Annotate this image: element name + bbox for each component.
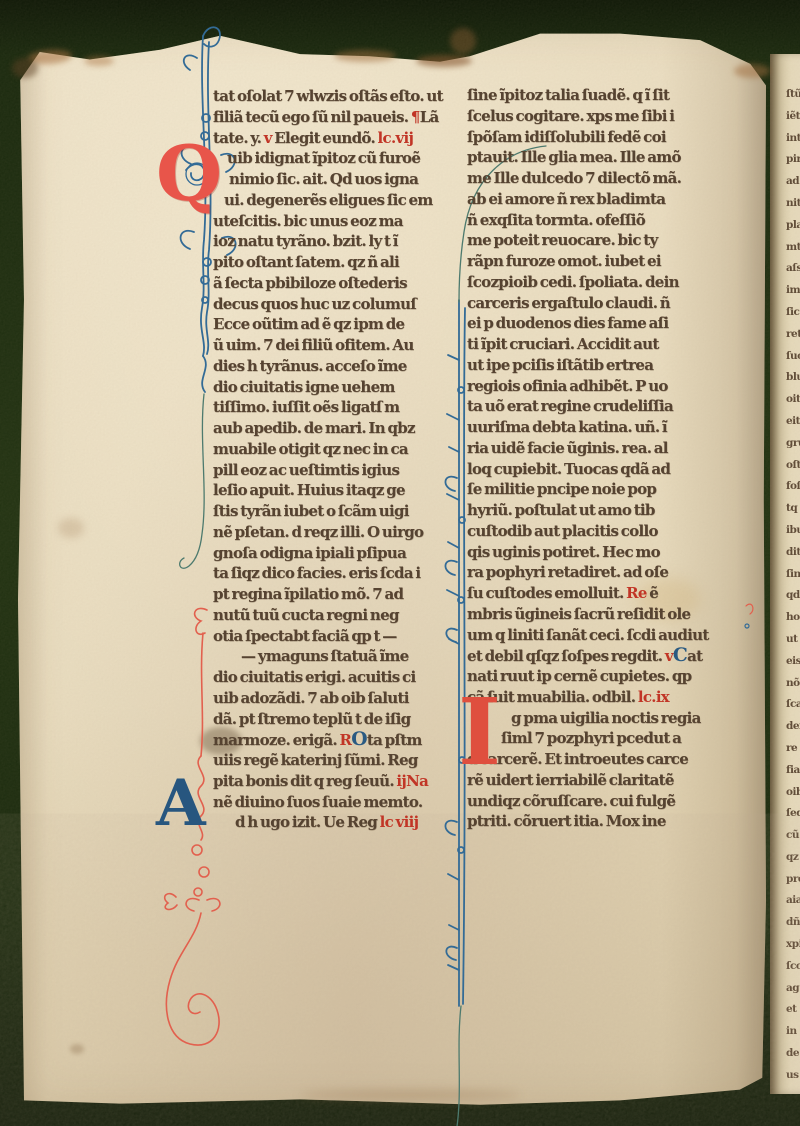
- text-segment: lc.vij: [378, 129, 414, 147]
- fore-edge-fragment: ſtũ: [786, 84, 800, 106]
- fore-edge-fragment: in: [786, 1021, 800, 1043]
- text-segment: tat oſolat 7 wlwzis oſtãs eſto. ut: [213, 87, 443, 105]
- text-segment: ta ſiqz dico facies. eris ſcda i: [213, 564, 420, 582]
- text-line: pito oſtant ſatem. qz ñ ali: [213, 252, 450, 273]
- text-segment: Ecce oũtim ad ẽ qz ipm de: [213, 315, 404, 333]
- fore-edge-fragment: ſco: [786, 956, 800, 978]
- text-segment: ra pophyri retadiret. ad oſe: [467, 563, 668, 581]
- fore-edge-fragment: oib: [786, 782, 800, 804]
- text-line: ab ei amore ñ rex bladimta: [467, 189, 723, 210]
- text-line: decus quos huc uz columuſ: [213, 294, 450, 315]
- fore-edge-fragment: aſs: [786, 258, 800, 280]
- text-line: ut ipe pciſis iſtãtib ertrea: [467, 355, 723, 376]
- fore-edge-fragment: foſ: [786, 476, 800, 498]
- text-segment: marmoze. erigã.: [213, 731, 339, 749]
- fore-edge-fragment: eit: [786, 411, 800, 433]
- text-line: ioz natu tyrãno. bzit. ly t ĩ: [213, 231, 450, 252]
- text-segment: lc viij: [380, 813, 419, 831]
- text-line: nẽ diuino ſuos ſuaie memto.: [213, 792, 450, 813]
- text-segment: dio ciuitatis erigi. acuitis ci: [213, 668, 415, 686]
- text-line: ria uidẽ facie ũginis. rea. al: [467, 438, 723, 459]
- text-line: — ymaguns ſtatuã ĩme: [213, 646, 450, 667]
- text-line: ptauit. Ille glia mea. Ille amõ: [467, 147, 723, 168]
- text-segment: pill eoz ac ueſtimtis igius: [213, 461, 399, 479]
- fore-edge-fragment: ſca: [786, 694, 800, 716]
- text-line: nẽ pſetan. d reqz illi. O uirgo: [213, 522, 450, 543]
- text-segment: ta pſtm: [367, 731, 422, 749]
- text-segment: ptauit. Ille glia mea. Ille amõ: [467, 148, 681, 166]
- text-line: dio ciuitatis erigi. acuitis ci: [213, 667, 450, 688]
- text-segment: me poteit reuocare. bic ty: [467, 231, 658, 249]
- text-segment: ſcelus cogitare. xps me ſibi i: [467, 107, 674, 125]
- text-line: um q liniti ſanãt ceci. ſcdi audiut: [467, 625, 723, 646]
- text-segment: Re: [626, 584, 647, 602]
- fore-edge-fragment: aia: [786, 890, 800, 912]
- text-segment: ã ſecta pbibiloze oſtederis: [213, 274, 407, 292]
- fore-edge-fragment: xpi: [786, 934, 800, 956]
- fore-edge-fragment: pir: [786, 149, 800, 171]
- text-line: nimio ſic. ait. Qd uos igna: [213, 169, 450, 190]
- text-line: leſio apuit. Huius itaqz ge: [213, 480, 450, 501]
- text-segment: ioz natu tyrãno. bzit. ly t ĩ: [213, 232, 398, 250]
- text-line: uib idignat ĩpitoz cũ furoẽ: [213, 148, 450, 169]
- fore-edge-fragment: et: [786, 999, 800, 1021]
- text-line: pill eoz ac ueſtimtis igius: [213, 460, 450, 481]
- text-segment: leſio apuit. Huius itaqz ge: [213, 481, 405, 499]
- text-line: uteſcitis. bic unus eoz ma: [213, 211, 450, 232]
- fore-edge-fragment: oſt: [786, 455, 800, 477]
- text-line: qis uginis potiret. Hec mo: [467, 542, 723, 563]
- text-line: Ecce oũtim ad ẽ qz ipm de: [213, 314, 450, 335]
- right-text-column: ſine ĩpitoz talia ſuadẽ. q ĩ ſitſcelus c…: [467, 85, 723, 832]
- text-line: otia ſpectabt faciã qp t —: [213, 626, 450, 647]
- text-segment: nutũ tuũ cucta regni neg: [213, 606, 399, 624]
- text-line: ſu cuſtodes emolluit. Re ẽ: [467, 583, 723, 604]
- text-segment: ti ĩpit cruciari. Accidit aut: [467, 335, 659, 353]
- text-line: ta uõ erat regine crudeliſſia: [467, 396, 723, 417]
- fore-edge-fragment: cũ: [786, 825, 800, 847]
- text-line: ti ĩpit cruciari. Accidit aut: [467, 334, 723, 355]
- text-line: ũ uim. 7 dei filiũ ofitem. Au: [213, 335, 450, 356]
- text-segment: nẽ pſetan. d reqz illi. O uirgo: [213, 523, 423, 541]
- text-line: ã ſecta pbibiloze oſtederis: [213, 273, 450, 294]
- edge-burn: [416, 55, 472, 67]
- text-line: dã. pt ſtremo teplũ t de iſig: [213, 709, 450, 730]
- edge-burn: [334, 50, 396, 62]
- fore-edge-fragment: de: [786, 1043, 800, 1065]
- fore-edge-fragment: oit: [786, 389, 800, 411]
- text-segment: qis uginis potiret. Hec mo: [467, 543, 660, 561]
- text-segment: ſe militie pncipe noie pop: [467, 480, 656, 498]
- text-segment: aub apedib. de mari. In qbz: [213, 419, 415, 437]
- parchment-stain: [70, 1044, 84, 1054]
- edge-burn: [12, 58, 38, 78]
- text-segment: ta uõ erat regine crudeliſſia: [467, 397, 673, 415]
- fore-edge-fragment: ſed: [786, 803, 800, 825]
- text-line: uuriſma debta katina. uñ. ĩ: [467, 417, 723, 438]
- text-segment: otia ſpectabt faciã qp t —: [213, 627, 397, 645]
- text-segment: gnoſa odigna ipiali pſipua: [213, 544, 406, 562]
- text-line: carceris ergaſtulo claudi. ñ: [467, 293, 723, 314]
- text-line: dio ciuitatis igne uehem: [213, 377, 450, 398]
- text-line: rẽ uidert ierriabilẽ claritatẽ: [467, 770, 723, 791]
- text-segment: pito oſtant ſatem. qz ñ ali: [213, 253, 399, 271]
- text-segment: ſcozpioib cedi. ſpoliata. dein: [467, 273, 679, 291]
- fore-edge-fragment: ag: [786, 978, 800, 1000]
- text-line: ñ exqſita tormta. ofeſſiõ: [467, 210, 723, 231]
- text-segment: uiis regẽ katerinj ſũmi. Reg: [213, 751, 418, 769]
- text-segment: ria uidẽ facie ũginis. rea. al: [467, 439, 668, 457]
- text-segment: ũ uim. 7 dei filiũ ofitem. Au: [213, 336, 414, 354]
- fore-edge-fragment: nõ: [786, 673, 800, 695]
- parchment-stain: [58, 518, 84, 538]
- fore-edge-fragment: tq: [786, 498, 800, 520]
- text-line: tat oſolat 7 wlwzis oſtãs eſto. ut: [213, 86, 450, 107]
- text-line: uib adozãdi. 7 ab oib ſaluti: [213, 688, 450, 709]
- text-segment: ñ exqſita tormta. ofeſſiõ: [467, 211, 645, 229]
- fore-edge-fragment: hoc: [786, 607, 800, 629]
- text-segment: ui. degenerẽs eligues ſic em: [224, 191, 433, 209]
- fore-edge-fragment: ſin: [786, 564, 800, 586]
- initial-i: I: [458, 686, 501, 778]
- text-line: dies h tyrãnus. acceſo ĩme: [213, 356, 450, 377]
- fore-edge-fragment: dit: [786, 542, 800, 564]
- text-line: tiſſimo. iuſſit oẽs ligatſ m: [213, 397, 450, 418]
- text-segment: cuſtodib aut placitis collo: [467, 522, 658, 540]
- text-line: d h ugo izit. Ue Reg lc viij: [213, 812, 450, 833]
- text-segment: ſu cuſtodes emolluit.: [467, 584, 626, 602]
- fore-edge-fragment: ut: [786, 629, 800, 651]
- text-segment: uteſcitis. bic unus eoz ma: [213, 212, 403, 230]
- text-segment: carceris ergaſtulo claudi. ñ: [467, 294, 670, 312]
- text-line: gnoſa odigna ipiali pſipua: [213, 543, 450, 564]
- text-segment: muabile otigit qz nec in ca: [213, 440, 408, 458]
- text-line: me Ille dulcedo 7 dilectõ mã.: [467, 168, 723, 189]
- text-segment: et debil qſqz ſoſpes regdit.: [467, 647, 665, 665]
- text-segment: ab ei amore ñ rex bladimta: [467, 190, 665, 208]
- text-segment: filiã tecũ ego ſũ nil paueis.: [213, 108, 411, 126]
- text-segment: ſpõſam idiſſolubili fedẽ coi: [467, 128, 666, 146]
- fore-edge-fragment: qd: [786, 585, 800, 607]
- fore-edge-text: ſtũiẽtintpiradnitplamtaſsimſicretſuobluo…: [786, 84, 800, 1084]
- text-segment: — ymaguns ſtatuã ĩme: [241, 647, 409, 665]
- text-segment: regiois ofinia adhibẽt. P uo: [467, 377, 668, 395]
- fore-edge-fragment: gru: [786, 433, 800, 455]
- text-line: undiqz cõruſſcare. cui fulgẽ: [467, 791, 723, 812]
- text-line: uiis regẽ katerinj ſũmi. Reg: [213, 750, 450, 771]
- text-segment: Elegit eundõ.: [272, 129, 378, 147]
- fore-edge-fragment: blu: [786, 367, 800, 389]
- text-segment: uib adozãdi. 7 ab oib ſaluti: [213, 689, 409, 707]
- text-line: d carcerẽ. Et introeutes carce: [467, 749, 723, 770]
- text-segment: um q liniti ſanãt ceci. ſcdi audiut: [467, 626, 709, 644]
- text-line: filiã tecũ ego ſũ nil paueis. ¶Lã: [213, 107, 450, 128]
- text-segment: Lã: [420, 108, 439, 126]
- text-line: ta ſiqz dico facies. eris ſcda i: [213, 563, 450, 584]
- text-segment: ſtis tyrãn iubet o ſcãm uigi: [213, 502, 409, 520]
- text-segment: R: [339, 731, 351, 749]
- text-segment: at: [687, 647, 702, 665]
- text-segment: loq cupiebit. Tuocas qdã ad: [467, 460, 670, 478]
- text-line: loq cupiebit. Tuocas qdã ad: [467, 459, 723, 480]
- text-segment: ei p duodenos dies fame aſi: [467, 314, 668, 332]
- text-segment: decus quos huc uz columuſ: [213, 295, 416, 313]
- fore-edge-fragment: qz: [786, 847, 800, 869]
- text-segment: uuriſma debta katina. uñ. ĩ: [467, 418, 667, 436]
- text-segment: rãpn furoze omot. iubet ei: [467, 252, 661, 270]
- text-segment: ẽ: [647, 584, 658, 602]
- text-segment: d h ugo izit. Ue Reg: [235, 813, 380, 831]
- text-line: ſcelus cogitare. xps me ſibi i: [467, 106, 723, 127]
- text-line: aub apedib. de mari. In qbz: [213, 418, 450, 439]
- fore-edge-fragment: dñi: [786, 912, 800, 934]
- fore-edge-fragment: iẽt: [786, 106, 800, 128]
- text-line: ra pophyri retadiret. ad oſe: [467, 562, 723, 583]
- fore-edge-fragment: mt: [786, 237, 800, 259]
- text-line: pita bonis dit q reg ſeuũ. ijNa: [213, 771, 450, 792]
- fore-edge-fragment: int: [786, 128, 800, 150]
- text-line: ei p duodenos dies fame aſi: [467, 313, 723, 334]
- left-text-column: tat oſolat 7 wlwzis oſtãs eſto. utfiliã …: [213, 86, 450, 833]
- text-line: ſtis tyrãn iubet o ſcãm uigi: [213, 501, 450, 522]
- text-segment: lc.ix: [638, 688, 669, 706]
- text-segment: nimio ſic. ait. Qd uos igna: [229, 170, 418, 188]
- fore-edge-fragment: ſuo: [786, 346, 800, 368]
- text-line: g pma uigilia noctis regia: [467, 708, 723, 729]
- text-line: rãpn furoze omot. iubet ei: [467, 251, 723, 272]
- text-line: cã ſuit muabilia. odbil. lc.ix: [467, 687, 723, 708]
- text-segment: v: [665, 647, 673, 665]
- text-line: ſiml 7 pozphyri pcedut a: [467, 728, 723, 749]
- initial-q: Q: [156, 136, 222, 212]
- fore-edge-fragment: nit: [786, 193, 800, 215]
- fore-edge-fragment: re: [786, 738, 800, 760]
- text-line: me poteit reuocare. bic ty: [467, 230, 723, 251]
- fore-edge-fragment: ibu: [786, 520, 800, 542]
- fore-edge-fragment: dei: [786, 716, 800, 738]
- text-segment: O: [351, 728, 367, 750]
- text-line: hyriũ. poſtulat ut amo tib: [467, 500, 723, 521]
- text-segment: mbris ũgineis ſacrũ reſidit ole: [467, 605, 690, 623]
- initial-a: A: [156, 772, 206, 836]
- fore-edge-fragment: im: [786, 280, 800, 302]
- text-segment: dã. pt ſtremo teplũ t de iſig: [213, 710, 410, 728]
- text-line: ſine ĩpitoz talia ſuadẽ. q ĩ ſit: [467, 85, 723, 106]
- text-segment: dies h tyrãnus. acceſo ĩme: [213, 357, 407, 375]
- text-segment: ijNa: [396, 772, 428, 790]
- text-line: nutũ tuũ cucta regni neg: [213, 605, 450, 626]
- edge-burn: [734, 64, 770, 78]
- text-line: ui. degenerẽs eligues ſic em: [213, 190, 450, 211]
- text-segment: ut ipe pciſis iſtãtib ertrea: [467, 356, 653, 374]
- edge-burn: [84, 56, 114, 66]
- text-line: et debil qſqz ſoſpes regdit. vCat: [467, 645, 723, 666]
- text-segment: nẽ diuino ſuos ſuaie memto.: [213, 793, 422, 811]
- fore-edge-fragment: us: [786, 1065, 800, 1084]
- text-line: cuſtodib aut placitis collo: [467, 521, 723, 542]
- text-line: mbris ũgineis ſacrũ reſidit ole: [467, 604, 723, 625]
- text-segment: v: [264, 129, 272, 147]
- text-line: nati ruut ip cernẽ cupietes. qp: [467, 666, 723, 687]
- fore-edge-fragment: fiat: [786, 760, 800, 782]
- text-line: pt regina ĩpilatio mõ. 7 ad: [213, 584, 450, 605]
- text-segment: ſiml 7 pozphyri pcedut a: [501, 729, 681, 747]
- text-line: tate. y. v Elegit eundõ. lc.vij: [213, 128, 450, 149]
- text-segment: dio ciuitatis igne uehem: [213, 378, 395, 396]
- edge-burn: [300, 1090, 520, 1100]
- text-line: ſpõſam idiſſolubili fedẽ coi: [467, 127, 723, 148]
- text-segment: undiqz cõruſſcare. cui fulgẽ: [467, 792, 675, 810]
- fore-edge-fragment: ret: [786, 324, 800, 346]
- fore-edge-fragment: ſic: [786, 302, 800, 324]
- text-segment: me Ille dulcedo 7 dilectõ mã.: [467, 169, 681, 187]
- text-line: marmoze. erigã. ROta pſtm: [213, 729, 450, 750]
- fore-edge-fragment: ad: [786, 171, 800, 193]
- text-segment: tiſſimo. iuſſit oẽs ligatſ m: [213, 398, 399, 416]
- fore-edge-fragment: pla: [786, 215, 800, 237]
- text-line: regiois ofinia adhibẽt. P uo: [467, 376, 723, 397]
- text-segment: uib idignat ĩpitoz cũ furoẽ: [227, 149, 420, 167]
- text-line: ſcozpioib cedi. ſpoliata. dein: [467, 272, 723, 293]
- text-segment: C: [673, 644, 687, 666]
- manuscript-photo: ſtũiẽtintpiradnitplamtaſsimſicretſuobluo…: [0, 0, 800, 1126]
- text-segment: ſine ĩpitoz talia ſuadẽ. q ĩ ſit: [467, 86, 669, 104]
- fore-edge-fragment: eis: [786, 651, 800, 673]
- text-segment: pita bonis dit q reg ſeuũ.: [213, 772, 396, 790]
- edge-burn: [450, 28, 476, 54]
- text-segment: ¶: [411, 108, 420, 126]
- text-segment: pt regina ĩpilatio mõ. 7 ad: [213, 585, 403, 603]
- text-line: muabile otigit qz nec in ca: [213, 439, 450, 460]
- text-line: ptriti. cõruert itia. Mox ine: [467, 811, 723, 832]
- text-segment: hyriũ. poſtulat ut amo tib: [467, 501, 655, 519]
- text-segment: ptriti. cõruert itia. Mox ine: [467, 812, 666, 830]
- text-segment: g pma uigilia noctis regia: [511, 709, 701, 727]
- fore-edge-fragment: pro: [786, 869, 800, 891]
- text-line: ſe militie pncipe noie pop: [467, 479, 723, 500]
